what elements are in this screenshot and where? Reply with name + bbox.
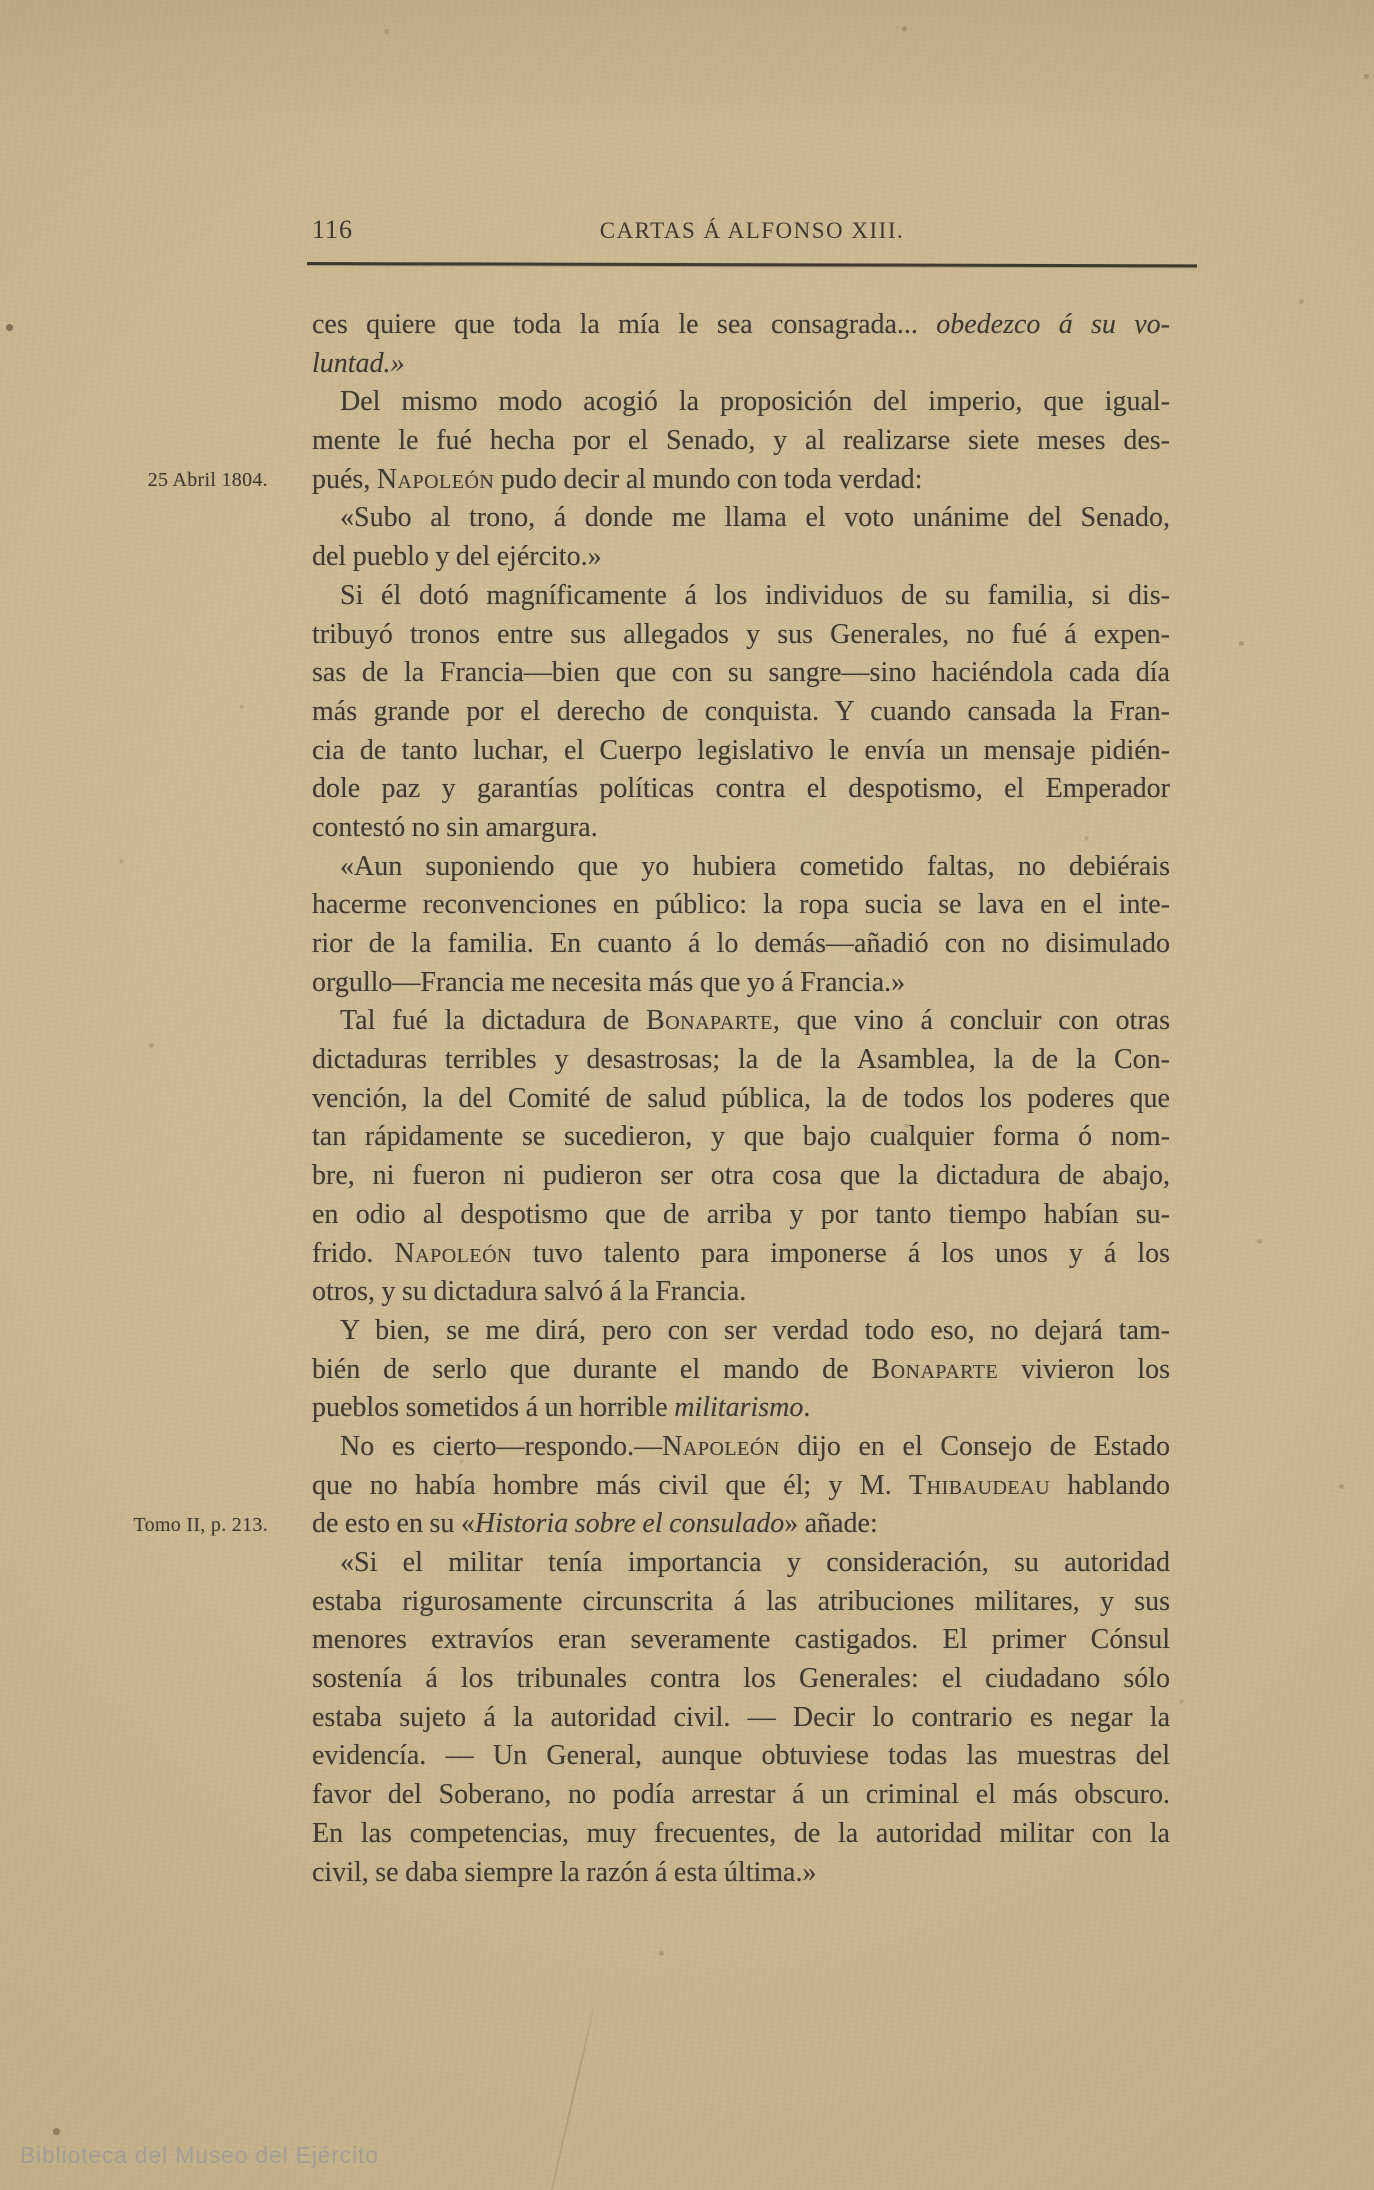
- body-text: civil, se daba siempre la razón á esta ú…: [312, 1857, 816, 1888]
- text-line: En las competencias, muy frecuentes, de …: [312, 1815, 1170, 1854]
- body-text: estaba sujeto á la autoridad civil. — De…: [312, 1702, 1170, 1733]
- margin-note: 25 Abril 1804.: [0, 461, 268, 500]
- smallcaps-name: Napoleón: [662, 1431, 780, 1462]
- text-line: tan rápidamente se sucedieron, y que baj…: [312, 1118, 1170, 1157]
- text-line: Y bien, se me dirá, pero con ser verdad …: [312, 1312, 1170, 1351]
- body-text: favor del Soberano, no podía arrestar á …: [312, 1779, 1170, 1810]
- paper-specks: [0, 0, 3, 3]
- body-text: orgullo—Francia me necesita más que yo á…: [312, 967, 905, 998]
- text-line: pués, Napoleón pudo decir al mundo con t…: [312, 461, 1170, 500]
- body-text: » añade:: [784, 1508, 878, 1539]
- text-line: Del mismo modo acogió la proposición del…: [312, 383, 1170, 422]
- text-line: «Si el militar tenía importancia y consi…: [312, 1544, 1170, 1583]
- text-line: hacerme reconvenciones en público: la ro…: [312, 886, 1170, 925]
- text-line: sostenía á los tribunales contra los Gen…: [312, 1660, 1170, 1699]
- body-text: ces quiere que toda la mía le sea consag…: [312, 309, 936, 340]
- text-line: No es cierto—respondo.—Napoleón dijo en …: [312, 1428, 1170, 1467]
- text-line: favor del Soberano, no podía arrestar á …: [312, 1776, 1170, 1815]
- text-line: en odio al despotismo que de arriba y po…: [312, 1196, 1170, 1235]
- body-text: «Si el militar tenía importancia y consi…: [340, 1547, 1170, 1578]
- body-text: «Aun suponiendo que yo hubiera cometido …: [340, 851, 1170, 882]
- body-text: En las competencias, muy frecuentes, de …: [312, 1818, 1170, 1849]
- smallcaps-name: Napoleón: [394, 1238, 512, 1269]
- body-text: evidencía. — Un General, aunque obtuvies…: [312, 1740, 1170, 1771]
- text-line: cia de tanto luchar, el Cuerpo legislati…: [312, 732, 1170, 771]
- body-text: Y bien, se me dirá, pero con ser verdad …: [340, 1315, 1170, 1346]
- body-text: del pueblo y del ejército.»: [312, 541, 602, 572]
- body-text: mente le fué hecha por el Senado, y al r…: [312, 425, 1170, 456]
- body-text: de esto en su «: [312, 1508, 475, 1539]
- body-text: hablando: [1050, 1470, 1170, 1501]
- body-text: pudo decir al mundo con toda verdad:: [494, 464, 922, 495]
- text-line: Si él dotó magníficamente á los individu…: [312, 577, 1170, 616]
- text-line: evidencía. — Un General, aunque obtuvies…: [312, 1737, 1170, 1776]
- body-text: tuvo talento para imponerse á los unos y…: [512, 1238, 1170, 1269]
- body-text: en odio al despotismo que de arriba y po…: [312, 1199, 1170, 1230]
- watermark: Biblioteca del Museo del Ejército: [20, 2140, 379, 2170]
- body-text: No es cierto—respondo.—: [340, 1431, 662, 1462]
- text-line: dole paz y garantías políticas contra el…: [312, 770, 1170, 809]
- italic-text: luntad.»: [312, 348, 405, 379]
- smallcaps-name: Thibaudeau: [909, 1470, 1050, 1501]
- body-text: contestó no sin amargura.: [312, 812, 598, 843]
- body-text: que no había hombre más civil que él; y …: [312, 1470, 909, 1501]
- italic-text: obedezco á su vo-: [936, 309, 1170, 340]
- body-text: menores extravíos eran severamente casti…: [312, 1624, 1170, 1655]
- body-text: pués,: [312, 464, 377, 495]
- text-line: Tal fué la dictadura de Bonaparte, que v…: [312, 1002, 1170, 1041]
- book-page: 116 CARTAS Á ALFONSO XIII. ces quiere qu…: [0, 0, 1374, 2190]
- body-text: cia de tanto luchar, el Cuerpo legislati…: [312, 735, 1170, 766]
- body-text: más grande por el derecho de conquista. …: [312, 696, 1170, 727]
- body-text: sas de la Francia—bien que con su sangre…: [312, 657, 1170, 688]
- body-text: bién de serlo que durante el mando de: [312, 1354, 871, 1385]
- text-line: de esto en su «Historia sobre el consula…: [312, 1505, 1170, 1544]
- text-line: estaba rigurosamente circunscrita á las …: [312, 1583, 1170, 1622]
- body-text: «Subo al trono, á donde me llama el voto…: [340, 502, 1170, 533]
- text-line: dictaduras terribles y desastrosas; la d…: [312, 1041, 1170, 1080]
- body-text: vención, la del Comité de salud pública,…: [312, 1083, 1170, 1114]
- body-text: sostenía á los tribunales contra los Gen…: [312, 1663, 1170, 1694]
- text-line: vención, la del Comité de salud pública,…: [312, 1080, 1170, 1119]
- text-line: del pueblo y del ejército.»: [312, 538, 1170, 577]
- body-text: frido.: [312, 1238, 394, 1269]
- smallcaps-name: Bonaparte: [871, 1354, 998, 1385]
- text-line: contestó no sin amargura.: [312, 809, 1170, 848]
- text-line: rior de la familia. En cuanto á lo demás…: [312, 925, 1170, 964]
- text-line: luntad.»: [312, 345, 1170, 384]
- text-line: otros, y su dictadura salvó á la Francia…: [312, 1273, 1170, 1312]
- body-text: vivieron los: [998, 1354, 1170, 1385]
- body-text: Tal fué la dictadura de: [340, 1005, 646, 1036]
- text-line: tribuyó tronos entre sus allegados y sus…: [312, 616, 1170, 655]
- body-text: otros, y su dictadura salvó á la Francia…: [312, 1276, 746, 1307]
- smallcaps-name: Napoleón: [377, 464, 495, 495]
- body-text: hacerme reconvenciones en público: la ro…: [312, 889, 1170, 920]
- body-text: .: [803, 1392, 810, 1423]
- margin-note: Tomo II, p. 213.: [0, 1506, 268, 1545]
- body-text: Del mismo modo acogió la proposición del…: [340, 386, 1170, 417]
- text-line: civil, se daba siempre la razón á esta ú…: [312, 1854, 1170, 1893]
- body-text: estaba rigurosamente circunscrita á las …: [312, 1586, 1170, 1617]
- body-text: dijo en el Consejo de Estado: [780, 1431, 1170, 1462]
- header-rule: [307, 262, 1197, 267]
- body-text: Si él dotó magníficamente á los individu…: [340, 580, 1170, 611]
- text-line: frido. Napoleón tuvo talento para impone…: [312, 1235, 1170, 1274]
- text-line: ces quiere que toda la mía le sea consag…: [312, 306, 1170, 345]
- text-line: pueblos sometidos á un horrible militari…: [312, 1389, 1170, 1428]
- text-line: estaba sujeto á la autoridad civil. — De…: [312, 1699, 1170, 1738]
- text-line: mente le fué hecha por el Senado, y al r…: [312, 422, 1170, 461]
- italic-text: militarismo: [674, 1392, 803, 1423]
- body-text: bre, ni fueron ni pudieron ser otra cosa…: [312, 1160, 1170, 1191]
- text-line: bién de serlo que durante el mando de Bo…: [312, 1351, 1170, 1390]
- text-line: más grande por el derecho de conquista. …: [312, 693, 1170, 732]
- text-line: orgullo—Francia me necesita más que yo á…: [312, 964, 1170, 1003]
- running-title: CARTAS Á ALFONSO XIII.: [307, 217, 1197, 245]
- text-line: «Subo al trono, á donde me llama el voto…: [312, 499, 1170, 538]
- smallcaps-name: Bonaparte: [646, 1005, 773, 1036]
- body-text: rior de la familia. En cuanto á lo demás…: [312, 928, 1170, 959]
- body-text: , que vino á concluir con otras: [773, 1005, 1170, 1036]
- italic-text: Historia sobre el consulado: [475, 1508, 784, 1539]
- body-text: tribuyó tronos entre sus allegados y sus…: [312, 619, 1170, 650]
- body-text: dictaduras terribles y desastrosas; la d…: [312, 1044, 1170, 1075]
- text-block: ces quiere que toda la mía le sea consag…: [312, 306, 1170, 1892]
- text-line: menores extravíos eran severamente casti…: [312, 1621, 1170, 1660]
- paper-crease: [550, 1985, 600, 2190]
- text-line: bre, ni fueron ni pudieron ser otra cosa…: [312, 1157, 1170, 1196]
- body-text: pueblos sometidos á un horrible: [312, 1392, 674, 1423]
- text-line: que no había hombre más civil que él; y …: [312, 1467, 1170, 1506]
- body-text: tan rápidamente se sucedieron, y que baj…: [312, 1121, 1170, 1152]
- text-line: sas de la Francia—bien que con su sangre…: [312, 654, 1170, 693]
- text-line: «Aun suponiendo que yo hubiera cometido …: [312, 848, 1170, 887]
- body-text: dole paz y garantías políticas contra el…: [312, 773, 1170, 804]
